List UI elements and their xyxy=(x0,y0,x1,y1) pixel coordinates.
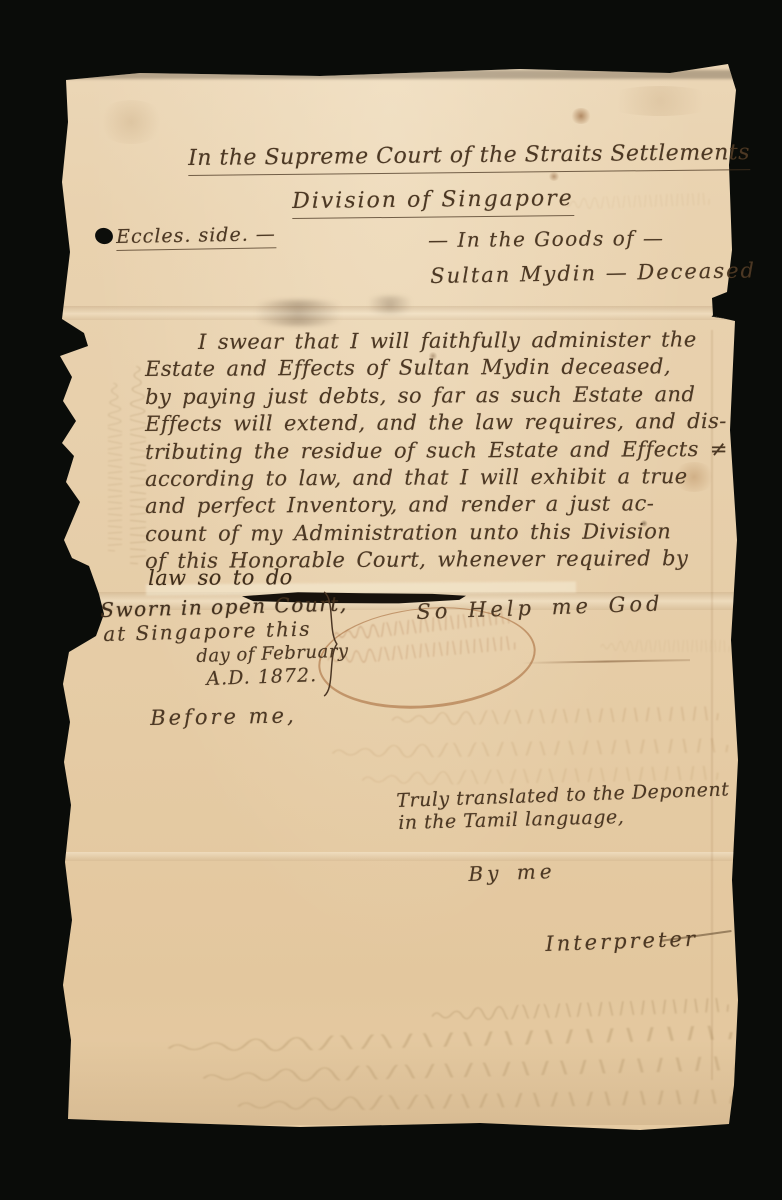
bleedthrough-text xyxy=(430,998,730,1022)
oath-line: count of my Administration unto this Div… xyxy=(145,519,671,546)
fold-crease xyxy=(58,306,748,320)
top-edge-shadow xyxy=(62,70,738,79)
smudge xyxy=(96,100,166,144)
bleedthrough-text xyxy=(330,738,730,759)
bleedthrough-text xyxy=(108,382,122,552)
bottom-tone xyxy=(60,1040,740,1125)
jurat-brace xyxy=(320,590,340,698)
division-title: Division of Singapore xyxy=(292,186,574,214)
fold-crease xyxy=(60,852,750,861)
court-title-text: In the Supreme Court of the Straits Sett… xyxy=(188,140,750,176)
by-me-line: By me xyxy=(468,859,556,886)
oath-line: and perfect Inventory, and render a just… xyxy=(145,491,654,518)
bleedthrough-text xyxy=(560,193,710,210)
oath-line: tributing the residue of such Estate and… xyxy=(145,437,728,464)
oath-line: by paying just debts, so far as such Est… xyxy=(145,382,695,409)
oath-line: according to law, and that I will exhibi… xyxy=(145,464,688,491)
court-title: In the Supreme Court of the Straits Sett… xyxy=(188,140,750,171)
bleedthrough-text xyxy=(600,640,730,652)
fox-stain xyxy=(548,172,560,181)
jurat-line: A.D. 1872. xyxy=(206,664,317,690)
oath-line: law so to do xyxy=(148,565,293,590)
before-me-line: Before me, xyxy=(150,703,297,730)
oath-line: Estate and Effects of Sultan Mydin decea… xyxy=(145,354,671,381)
oath-line: Effects will extend, and the law require… xyxy=(145,409,727,436)
division-title-text: Division of Singapore xyxy=(292,186,574,219)
bleedthrough-text xyxy=(390,706,720,726)
goods-of-line: — In the Goods of — xyxy=(428,226,665,252)
bleedthrough-text xyxy=(130,365,146,565)
oath-line: I swear that I will faithfully administe… xyxy=(198,327,697,354)
smudge xyxy=(600,86,720,116)
side-note-text: Eccles. side. — xyxy=(116,223,276,251)
scanned-document-page: In the Supreme Court of the Straits Sett… xyxy=(0,0,782,1200)
side-note: Eccles. side. — xyxy=(116,223,276,248)
punch-hole xyxy=(93,226,115,246)
fox-stain xyxy=(570,108,592,124)
